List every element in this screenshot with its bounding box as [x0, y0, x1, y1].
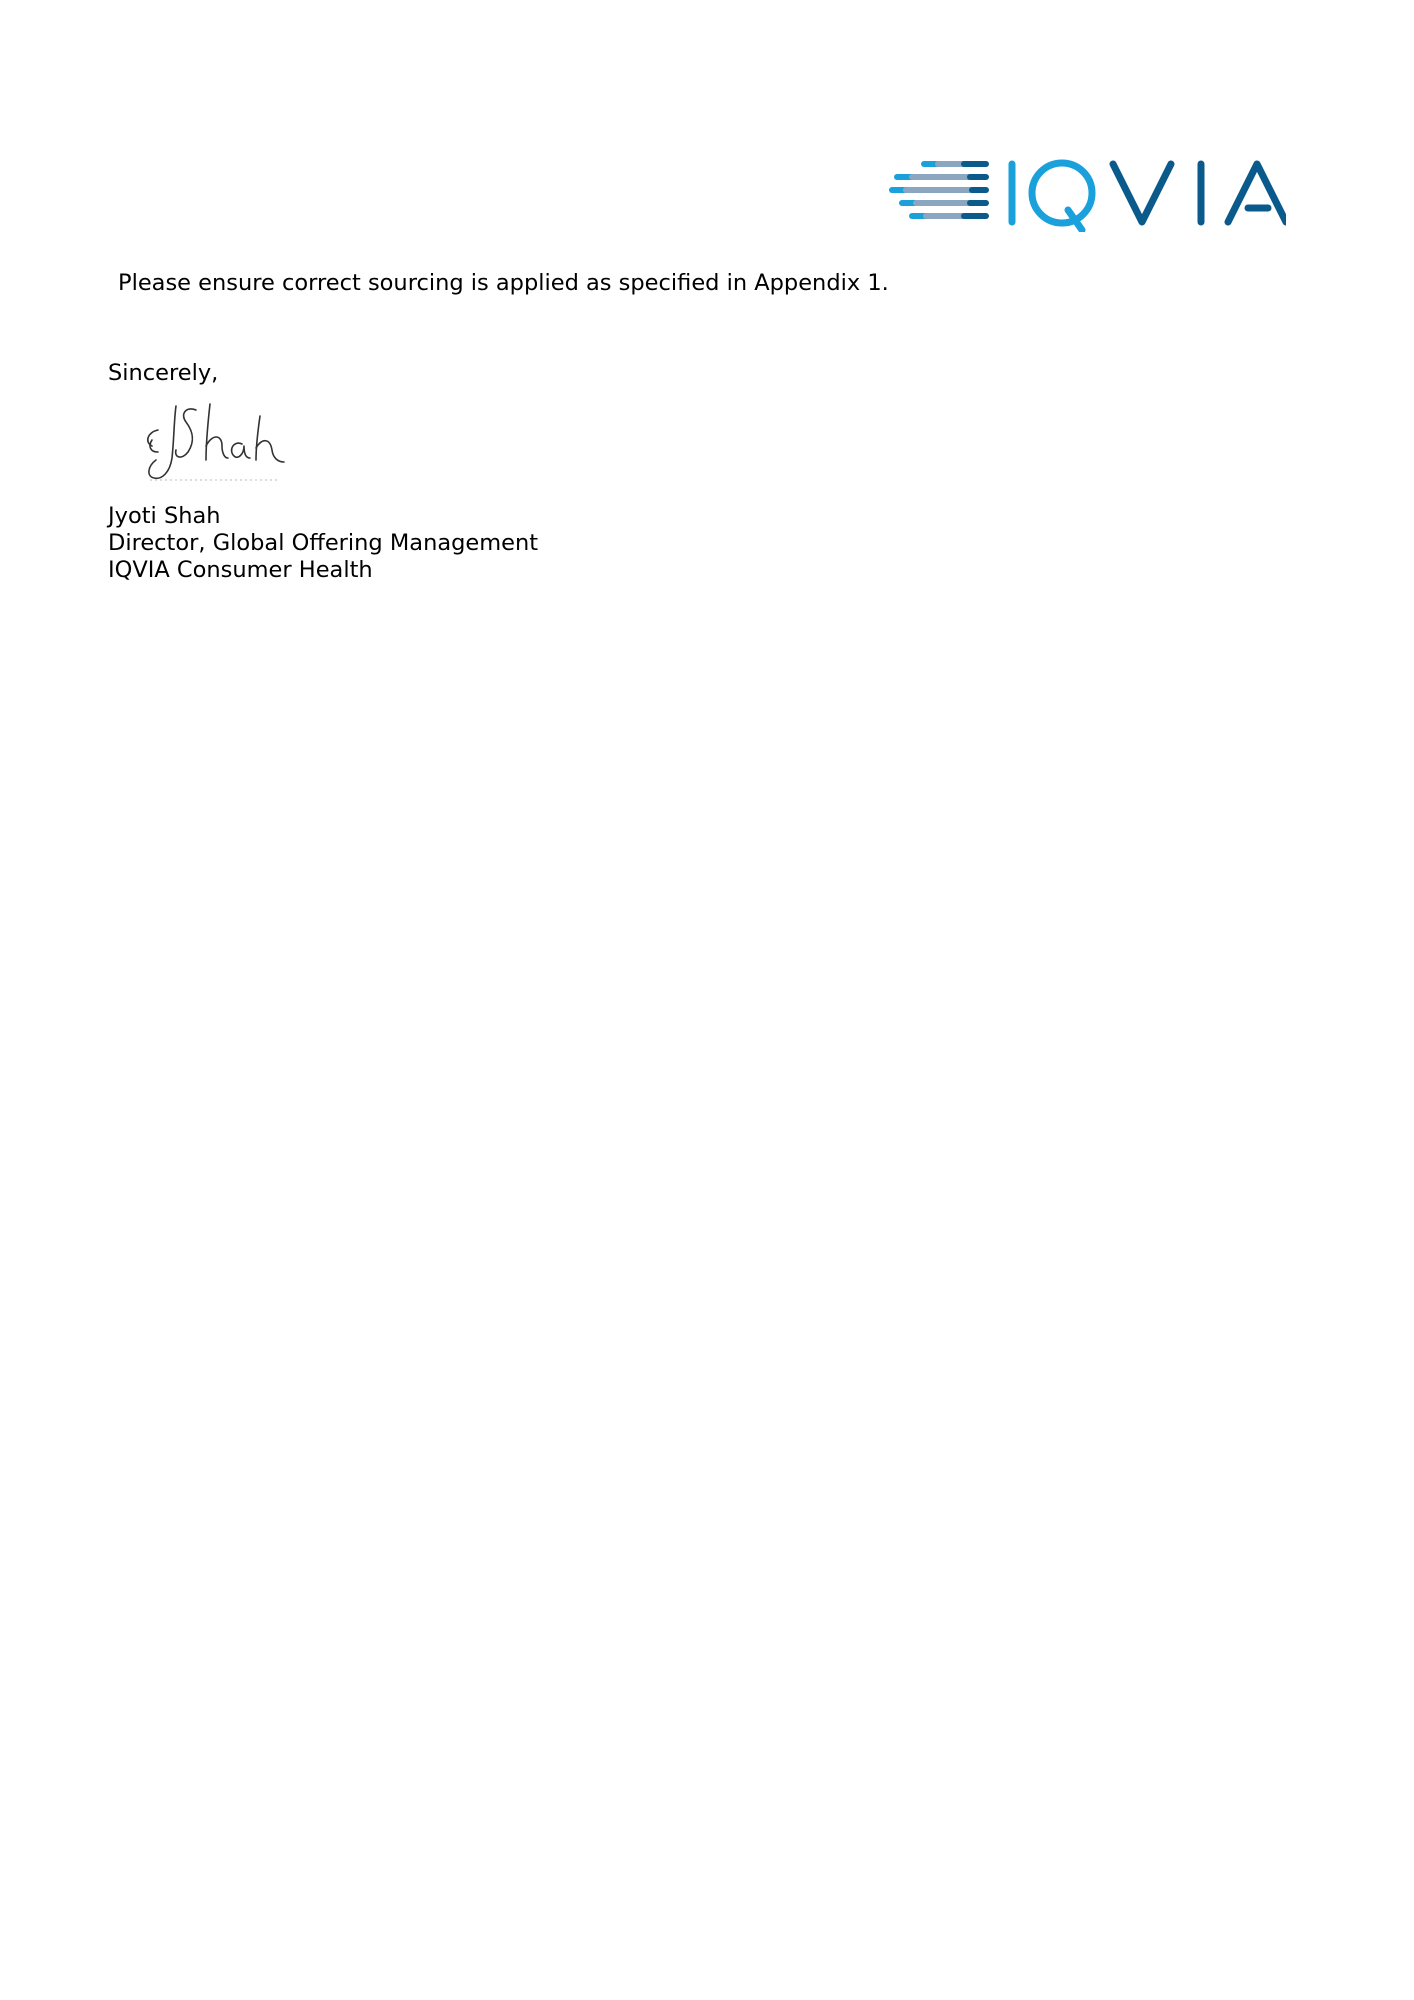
iqvia-logo: IQVIA [876, 152, 1286, 232]
handwritten-signature-icon [138, 400, 298, 490]
signer-title: Director, Global Offering Management [108, 530, 538, 557]
signer-organization: IQVIA Consumer Health [108, 557, 538, 584]
signature [138, 400, 298, 490]
intro-paragraph: Please ensure correct sourcing is applie… [118, 270, 889, 297]
iqvia-speed-lines-icon [876, 152, 1286, 232]
closing-salutation: Sincerely, [108, 360, 218, 387]
signer-name: Jyoti Shah [108, 503, 538, 530]
signer-block: Jyoti Shah Director, Global Offering Man… [108, 503, 538, 584]
